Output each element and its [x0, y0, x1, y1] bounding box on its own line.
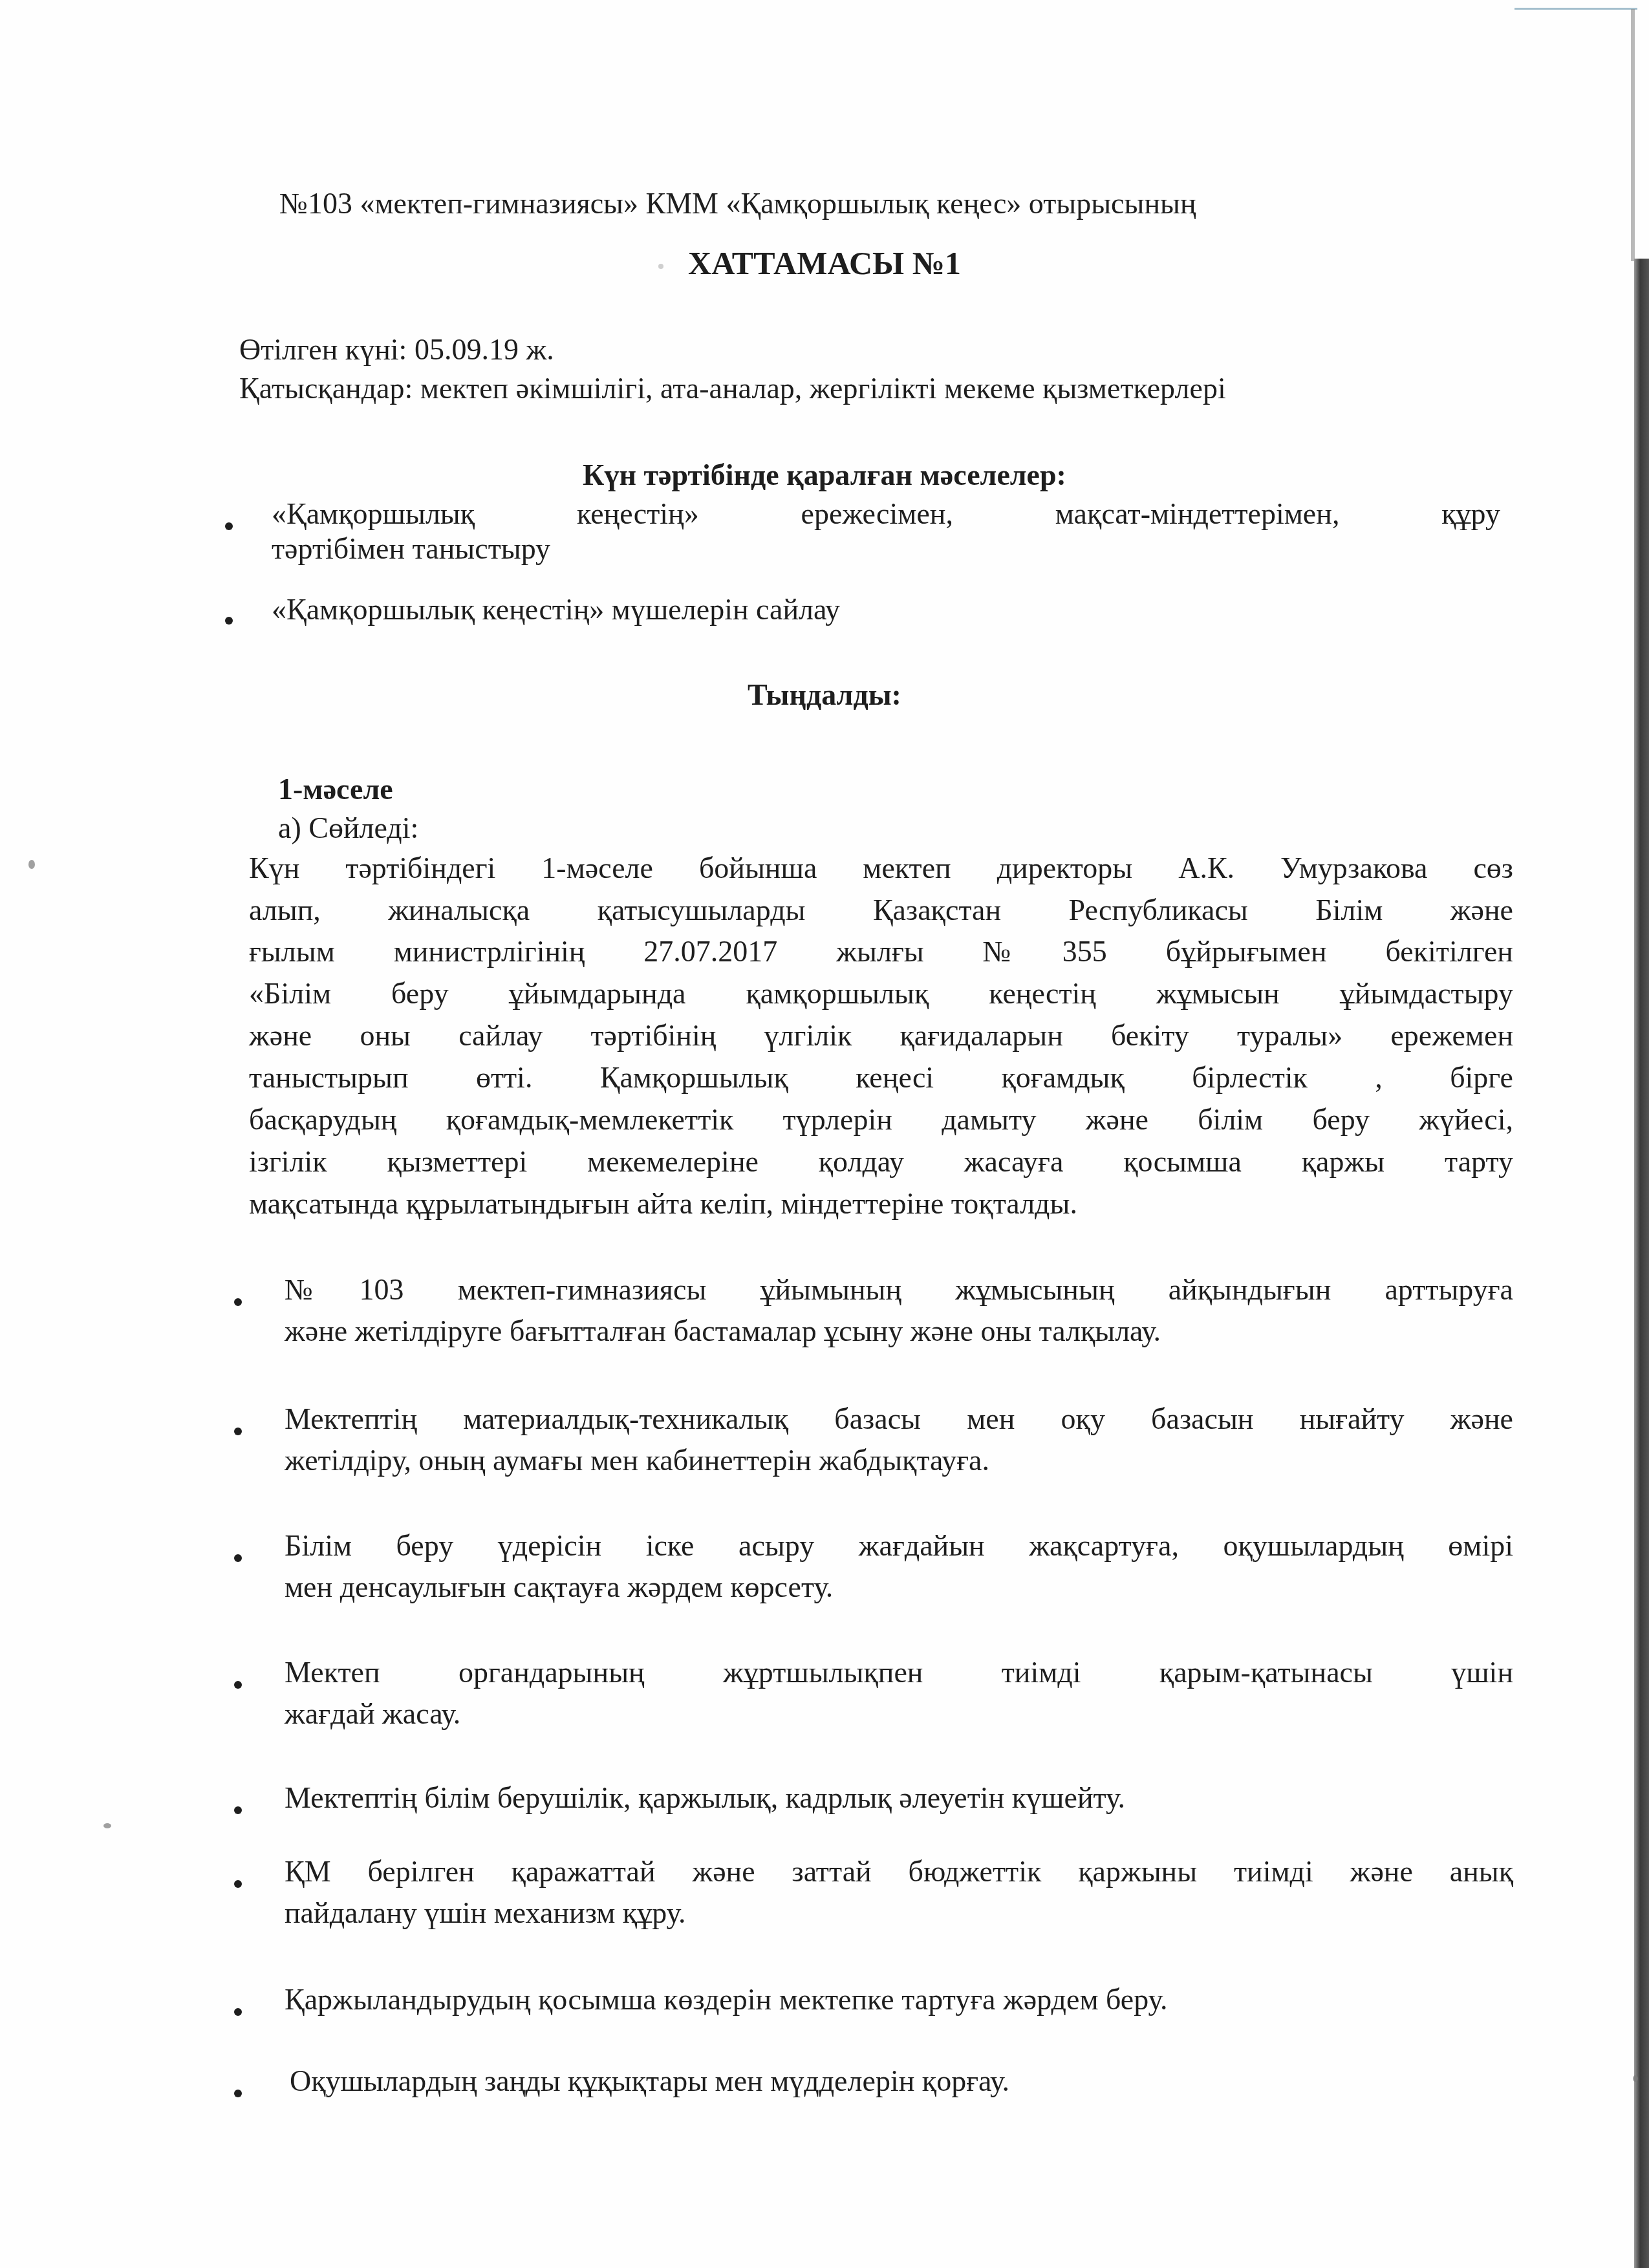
scan-speck — [103, 1823, 111, 1828]
task-7: Қаржыландырудың қосымша көздерін мектепк… — [285, 1985, 1168, 2015]
paragraph-line: басқарудың қоғамдық-мемлекеттік түрлерін… — [249, 1105, 1513, 1135]
bullet-icon — [234, 1554, 242, 1562]
task-6-line2: пайдалану үшін механизм құру. — [285, 1898, 685, 1928]
task-6-line1: ҚМ берілген қаражаттай және заттай бюдже… — [285, 1857, 1513, 1887]
paragraph-line: ғылым министрлігінің 27.07.2017 жылғы №3… — [249, 937, 1513, 967]
speaker-label: а) Сөйледі: — [278, 813, 418, 843]
scan-edge-thin — [1631, 9, 1635, 261]
bullet-icon — [234, 2008, 242, 2016]
scanned-page: №103 «мектеп-гимназиясы» КММ «Қамқоршылы… — [0, 0, 1649, 2268]
header-line: №103 «мектеп-гимназиясы» КММ «Қамқоршылы… — [279, 189, 1196, 219]
task-4-line2: жағдай жасау. — [285, 1699, 460, 1729]
paragraph-line-last: мақсатында құрылатындығын айта келіп, мі… — [249, 1189, 1077, 1219]
heard-heading: Тыңдалды: — [0, 680, 1649, 710]
date-line: Өтілген күні: 05.09.19 ж. — [239, 335, 554, 365]
bullet-icon — [234, 1428, 242, 1435]
agenda-item-1-line2: тәртібімен таныстыру — [272, 534, 550, 564]
issue-heading: 1-мәселе — [278, 775, 393, 804]
scan-edge-dark — [1634, 259, 1649, 2268]
task-3-line1: Білім беру үдерісін іске асыру жағдайын … — [285, 1531, 1513, 1561]
bullet-icon — [234, 2090, 242, 2097]
scan-speck — [1633, 2075, 1638, 2082]
task-2-line2: жетілдіру, оның аумағы мен кабинеттерін … — [285, 1446, 989, 1475]
task-3-line2: мен денсаулығын сақтауға жәрдем көрсету. — [285, 1572, 833, 1602]
bullet-icon — [234, 1681, 242, 1689]
bullet-icon — [234, 1806, 242, 1814]
paragraph-line: ізгілік қызметтері мекемелеріне қолдау ж… — [249, 1147, 1513, 1177]
task-2-line1: Мектептің материалдық-техникалық базасы … — [285, 1404, 1513, 1434]
agenda-item-2: «Қамқоршылық кеңестің» мүшелерін сайлау — [272, 595, 840, 625]
task-1-line1: №103 мектеп-гимназиясы ұйымының жұмысыны… — [285, 1275, 1513, 1305]
task-4-line1: Мектеп органдарының жұртшылықпен тиімді … — [285, 1658, 1513, 1687]
task-8: Оқушылардың заңды құқықтары мен мүдделер… — [290, 2066, 1009, 2096]
participants-line: Қатысқандар: мектеп әкімшілігі, ата-анал… — [239, 374, 1226, 403]
bullet-icon — [225, 617, 233, 625]
agenda-item-1-line1: «Қамқоршылық кеңестің» ережесімен, мақса… — [272, 499, 1500, 529]
paragraph-line: және оны сайлау тәртібінің үлгілік қағид… — [249, 1021, 1513, 1051]
task-5: Мектептің білім берушілік, қаржылық, кад… — [285, 1783, 1125, 1813]
paragraph-line: «Білім беру ұйымдарында қамқоршылық кеңе… — [249, 979, 1513, 1009]
scan-edge-top — [1514, 8, 1637, 10]
bullet-icon — [225, 522, 233, 530]
bullet-icon — [234, 1298, 242, 1306]
paragraph-line: алып, жиналысқа қатысушыларды Қазақстан … — [249, 895, 1513, 925]
bullet-icon — [234, 1880, 242, 1888]
paragraph-line: Күн тәртібіндегі 1-мәселе бойынша мектеп… — [249, 853, 1513, 883]
document-title: ХАТТАМАСЫ №1 — [0, 247, 1649, 279]
paragraph-line: таныстырып өтті. Қамқоршылық кеңесі қоға… — [249, 1063, 1513, 1093]
scan-speck — [28, 860, 35, 869]
agenda-heading: Күн тәртібінде қаралған мәселелер: — [0, 460, 1649, 490]
task-1-line2: және жетілдіруге бағытталған бастамалар … — [285, 1316, 1161, 1346]
